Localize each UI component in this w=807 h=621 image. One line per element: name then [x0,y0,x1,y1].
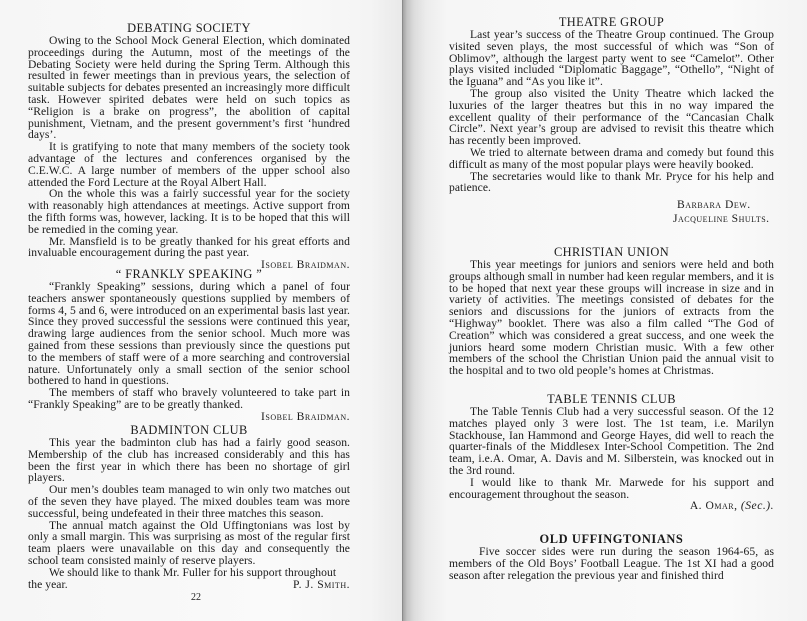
paragraph: It is gratifying to note that many membe… [28,141,350,188]
signature-block: Barbara Dew. Jacqueline Shults. [673,198,774,226]
paragraph: We tried to alternate between drama and … [449,147,774,171]
signature-name: A. Omar, [690,499,738,512]
page-number: 22 [176,592,216,603]
theatre-group-section: THEATRE GROUP Last year’s success of the… [449,16,774,226]
right-page: THEATRE GROUP Last year’s success of the… [402,0,807,621]
paragraph: Owing to the School Mock General Electio… [28,35,350,141]
book-gutter [402,0,403,621]
old-uffingtonians-section: OLD UFFINGTONIANS Five soccer sides were… [449,533,774,581]
paragraph: Our men’s doubles team managed to win on… [28,484,350,519]
signature: P. J. Smith. [28,579,350,591]
paragraph: Last year’s success of the Theatre Group… [449,29,774,88]
paragraph: This year the badminton club has had a f… [28,437,350,484]
paragraph: I would like to thank Mr. Marwede for hi… [449,477,774,501]
paragraph: Mr. Mansfield is to be greatly thanked f… [28,236,350,260]
paragraph: This year meetings for juniors and senio… [449,259,774,377]
signature: Jacqueline Shults. [673,212,774,226]
signature: A. Omar, (Sec.). [449,500,774,512]
paragraph: On the whole this was a fairly successfu… [28,188,350,235]
paragraph: The group also visited the Unity Theatre… [449,88,774,147]
paragraph: “Frankly Speaking” sessions, during whic… [28,281,350,387]
left-page: DEBATING SOCIETY Owing to the School Moc… [0,0,402,621]
paragraph: The annual match against the Old Uffingt… [28,520,350,567]
debating-society-section: DEBATING SOCIETY Owing to the School Moc… [28,22,350,271]
signature: Barbara Dew. [673,198,774,212]
badminton-club-section: BADMINTON CLUB This year the badminton c… [28,424,350,590]
signature-role: (Sec.). [741,499,774,512]
paragraph: Five soccer sides were run during the se… [449,546,774,581]
paragraph: The members of staff who bravely volunte… [28,387,350,411]
frankly-speaking-section: “ FRANKLY SPEAKING ” “Frankly Speaking” … [28,268,350,423]
table-tennis-club-section: TABLE TENNIS CLUB The Table Tennis Club … [449,393,774,512]
paragraph: The secretaries would like to thank Mr. … [449,171,774,195]
signature: Isobel Braidman. [28,411,350,423]
paragraph: The Table Tennis Club had a very success… [449,406,774,477]
christian-union-section: CHRISTIAN UNION This year meetings for j… [449,246,774,377]
